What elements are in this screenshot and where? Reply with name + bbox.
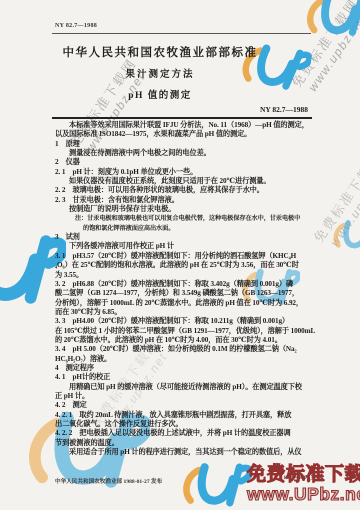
body-text-line: 4. 1 pH计的校正 — [55, 373, 317, 382]
issue-date-text: 中华人民共和国农牧渔业部 1988-01-27 发布 — [55, 477, 162, 485]
body-text-line: 的饱和氯化钾溶液面应高出水面。 — [55, 224, 317, 233]
body-text-line: 4 测定程序 — [55, 364, 317, 373]
standard-org-title: 中华人民共和国农牧渔业部部标准 — [0, 44, 320, 60]
body-text-line: 3. 3 pH4.00（20℃时）缓冲溶液配制如下：称取 10.211g（精确到… — [55, 317, 317, 326]
body-text-line: 4. 2. 1 取约 20mL 待测汁液，放入具塞锥形瓶中剧烈振荡，打开具塞，释… — [55, 411, 317, 420]
body-text-line: 4. 2. 2 把电极插入足以浸没电极的上述试液中，并将 pH 计的温度校正器调 — [55, 429, 317, 438]
up-logo-icon — [178, 455, 252, 510]
body-text-line: 3. 2 pH6.88（20℃时）缓冲溶液配制如下：称取 3.402g（精确到 … — [55, 280, 317, 289]
body-text-line: 以及国际标准 ISO1842—1975，水果和蔬菜产品 pH 值的测定。 — [55, 130, 317, 139]
body-text-line: 为 3.55。 — [55, 271, 317, 280]
standard-code-top: NY 82.7—1988 — [55, 23, 97, 29]
header-rule — [52, 33, 311, 34]
body-text-line: 而在 30℃时为 6.85。 — [55, 308, 317, 317]
body-text-line: 如果仪器没有温度校正系统，此刻度只适用于在 20℃进行测量。 — [55, 177, 317, 186]
body-text-line: 下列各缓冲溶液可用作校正 pH 计 — [55, 242, 317, 251]
up-logo-icon — [302, 0, 360, 44]
body-text-line: 按制造厂的说明书保存甘汞电极。 — [55, 205, 317, 214]
watermark-site-url-large: www.UPbz.net — [247, 484, 360, 505]
document-body: 本标准等效采用国际果汁联盟 IFJU 分析法，No. 11（1968）—pH 值… — [55, 121, 317, 457]
body-text-line: 注：甘汞电极和玻璃电极也可以用复合电极代替，这种电极保存在水中，甘汞电极中 — [55, 214, 317, 223]
document-subtitle: pH 值的测定 — [0, 87, 320, 101]
body-text-line: 3. 4 pH 5.00（20℃时）缓冲溶液：如分析纯级的 0.1M 的柠檬酸氢… — [55, 345, 317, 354]
body-text-line: 出二氧化碳气。这个操作反复进行多次。 — [55, 420, 317, 429]
body-text-line: 的 20℃蒸馏水中。此溶液的 pH 在 10℃时为 4.00，而在 30℃时为 … — [55, 336, 317, 345]
standard-code-right: NY 82.7—1988 — [260, 105, 308, 114]
header-thick-rule — [52, 117, 312, 119]
body-text-line: 酸二氢钾（GB 1274—1977，分析纯）和 3.549g 磷酸氢二钠（GB … — [55, 289, 317, 298]
body-text-line: 2. 1 pH 计：刻度为 0.1pH 单位或更小一些。 — [55, 168, 317, 177]
body-text-line: 2. 2 玻璃电极：可以用各种形状的玻璃电极，应将其保存于水中。 — [55, 186, 317, 195]
body-text-line: 1 原理 — [55, 140, 317, 149]
effective-date-text: 1988-08-01 实施 — [283, 473, 322, 481]
document-title: 果汁测定方法 — [0, 66, 320, 80]
body-text-line: HC₆H₅O₇）溶液。 — [55, 355, 317, 364]
body-text-line: 分析纯），溶解于 1000mL 的 20℃蒸馏水中。此溶液的 pH 值在 10℃… — [55, 299, 317, 308]
body-text-line: ₄O₆）在 25℃配制的饱和水溶液。此溶液的 pH 在 25℃时为 3.56，而… — [55, 261, 317, 270]
body-text-line: 3. 1 pH3.57（20℃时）缓冲溶液配制如下：用分析纯的酒石酸氢钾（KHC… — [55, 252, 317, 261]
body-text-line: 采用适合于所用 pH 计的程序进行测定，当其达到一个稳定的数值后，从仪 — [55, 448, 317, 457]
watermark-site-name: 免费标准下载网 — [265, 0, 360, 122]
body-text-line: 测量浸在待测溶液中两个电极之间的电位差。 — [55, 149, 317, 158]
scanned-standard-document: 免费标准下载网 www.upbz.net 免费标准下载网 www.upbz.ne… — [0, 0, 360, 510]
body-text-line: 在 105℃烘过 1 小时的邻苯二甲酸氢钾（GB 1291—1977，优级纯），… — [55, 327, 317, 336]
body-text-line: 正 pH 计。 — [55, 392, 317, 401]
body-text-line: 2 仪器 — [55, 158, 317, 167]
up-logo-icon — [330, 215, 360, 255]
body-text-line: 用精确已知 pH 的缓冲溶液（尽可能接近待测溶液的 pH）。在测定温度下校 — [55, 383, 317, 392]
body-text-line: 4. 2 测定 — [55, 401, 317, 410]
body-text-line: 2. 3 甘汞电极：含有饱和氯化钾溶液。 — [55, 196, 317, 205]
body-text-line: 节到被测液的温度。 — [55, 439, 317, 448]
body-text-line: 本标准等效采用国际果汁联盟 IFJU 分析法，No. 11（1968）—pH 值… — [55, 121, 317, 130]
